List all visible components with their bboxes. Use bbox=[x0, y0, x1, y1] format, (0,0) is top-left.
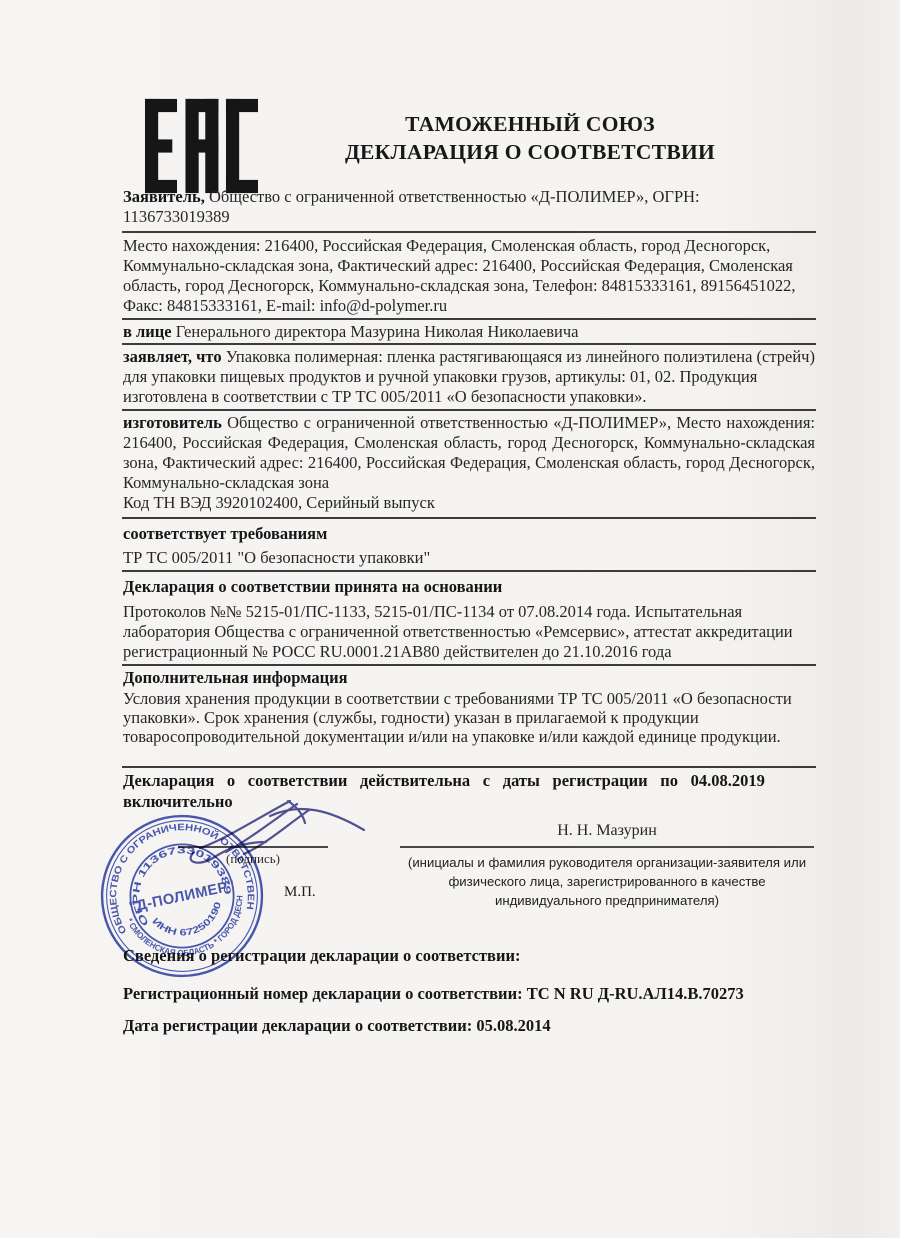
additional-info-heading: Дополнительная информация bbox=[123, 668, 815, 688]
complies-text: ТР ТС 005/2011 "О безопасности упаковки" bbox=[123, 548, 815, 568]
basis-heading: Декларация о соответствии принята на осн… bbox=[123, 577, 815, 597]
head-name-line bbox=[400, 846, 814, 848]
section-divider bbox=[122, 409, 816, 411]
section-divider bbox=[122, 570, 816, 572]
section-divider bbox=[122, 343, 816, 345]
applicant-label: Заявитель, bbox=[123, 187, 205, 206]
manufacturer-label: изготовитель bbox=[123, 413, 222, 432]
section-divider bbox=[122, 766, 816, 768]
declares-label: заявляет, что bbox=[123, 347, 222, 366]
title-line-2: ДЕКЛАРАЦИЯ О СООТВЕТСТВИИ bbox=[262, 138, 798, 166]
seal-place-caption: М.П. bbox=[284, 884, 316, 901]
location-section: Место нахождения: 216400, Российская Фед… bbox=[123, 236, 815, 316]
applicant-text: Общество с ограниченной ответственностью… bbox=[123, 187, 700, 226]
stamp-center-name: "Д-ПОЛИМЕР" bbox=[128, 878, 237, 916]
section-divider bbox=[122, 664, 816, 666]
document-title: ТАМОЖЕННЫЙ СОЮЗ ДЕКЛАРАЦИЯ О СООТВЕТСТВИ… bbox=[262, 110, 798, 166]
applicant-section: Заявитель, Общество с ограниченной ответ… bbox=[123, 187, 815, 227]
registration-date-line: Дата регистрации декларации о соответств… bbox=[123, 1016, 815, 1036]
location-text: Место нахождения: 216400, Российская Фед… bbox=[123, 236, 796, 315]
registration-number-line: Регистрационный номер декларации о соотв… bbox=[123, 984, 815, 1004]
declares-text: Упаковка полимерная: пленка растягивающа… bbox=[123, 347, 815, 406]
represented-by-section: в лице Генерального директора Мазурина Н… bbox=[123, 322, 815, 342]
represented-label: в лице bbox=[123, 322, 172, 341]
basis-text: Протоколов №№ 5215-01/ПС-1133, 5215-01/П… bbox=[123, 602, 815, 662]
declaration-subject-section: заявляет, что Упаковка полимерная: пленк… bbox=[123, 347, 815, 407]
eac-mark-icon bbox=[145, 98, 258, 194]
additional-info-text: Условия хранения продукции в соответстви… bbox=[123, 689, 815, 746]
head-name-caption: (инициалы и фамилия руководителя организ… bbox=[402, 853, 812, 910]
declaration-document: ТАМОЖЕННЫЙ СОЮЗ ДЕКЛАРАЦИЯ О СООТВЕТСТВИ… bbox=[0, 0, 900, 1238]
represented-text: Генерального директора Мазурина Николая … bbox=[176, 322, 579, 341]
manufacturer-text: Общество с ограниченной ответственностью… bbox=[123, 413, 815, 512]
section-divider bbox=[122, 231, 816, 233]
title-line-1: ТАМОЖЕННЫЙ СОЮЗ bbox=[262, 110, 798, 138]
head-name: Н. Н. Мазурин bbox=[400, 822, 814, 840]
company-stamp: ОБЩЕСТВО С ОГРАНИЧЕННОЙ ОТВЕТСТВЕННОСТЬЮ… bbox=[80, 794, 284, 998]
section-divider bbox=[122, 318, 816, 320]
validity-line: Декларация о соответствии действительна … bbox=[123, 771, 815, 791]
registration-heading: Сведения о регистрации декларации о соот… bbox=[123, 946, 815, 966]
manufacturer-section: изготовитель Общество с ограниченной отв… bbox=[123, 413, 815, 513]
complies-heading: соответствует требованиям bbox=[123, 524, 815, 544]
section-divider bbox=[122, 517, 816, 519]
